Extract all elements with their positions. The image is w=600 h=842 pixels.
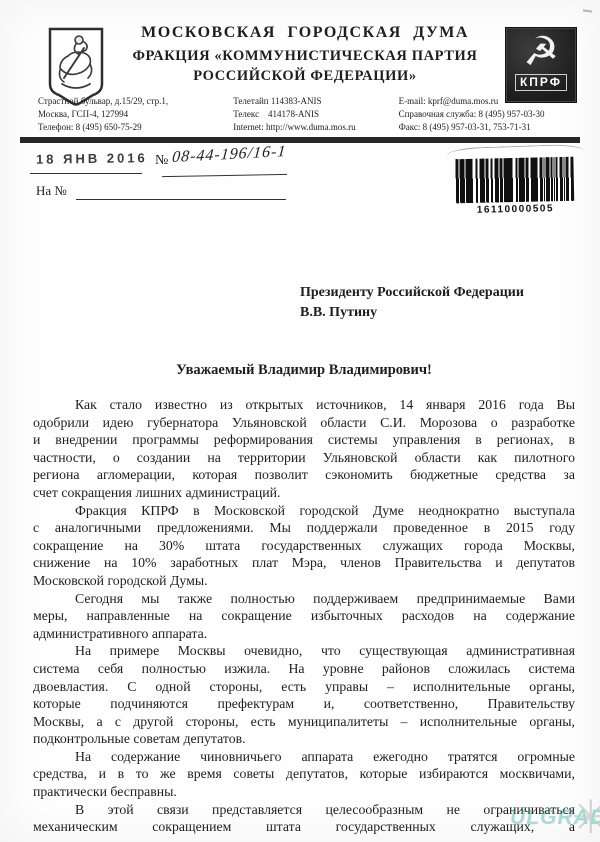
body-line: счет сокращения лишних администраций.	[33, 484, 575, 502]
contact-email-fax: E-mail: kprf@duma.mos.ru Справочная служ…	[399, 95, 583, 134]
handwritten-registration-number: 08-44-196/16-1	[171, 143, 287, 167]
body-line: Московской городской Думы.	[33, 572, 575, 590]
body-line: средства, и в то же время советы депутат…	[33, 765, 575, 783]
scanned-letter-page: МОСКОВСКАЯ ГОРОДСКАЯ ДУМА ФРАКЦИЯ «КОММУ…	[0, 0, 600, 842]
header-divider	[20, 137, 580, 143]
reply-to-label: На №	[36, 183, 67, 199]
body-line: двоевластия. С одной стороны, есть управ…	[33, 678, 575, 696]
body-line: Москвы, а с другой стороны, есть муницип…	[33, 713, 575, 731]
body-line: подконтрольные советам депутатов.	[33, 730, 575, 748]
body-line: Как стало известно из открытых источнико…	[33, 396, 575, 414]
contact-address: Страстной бульвар, д.15/29, стр.1, Москв…	[38, 95, 233, 134]
body-line: На содержание чиновничьего аппарата ежег…	[33, 748, 575, 766]
number-underline	[162, 174, 287, 177]
site-watermark: ✳ ULGRAD	[486, 792, 600, 840]
contact-telex: Телетайп 114383-ANIS Телекс 414178-ANIS …	[233, 95, 398, 134]
hammer-and-sickle-icon: ☭	[523, 28, 559, 76]
body-line: меры, направленные на сокращение избыточ…	[33, 607, 575, 625]
body-text: Как стало известно из открытых источнико…	[33, 396, 575, 836]
contact-info: Страстной бульвар, д.15/29, стр.1, Москв…	[38, 95, 583, 134]
body-line: сокращение на 30% штата государственных …	[33, 537, 575, 555]
body-line: частности, о создании на территории Улья…	[33, 449, 575, 467]
body-line: одобрили идею губернатора Ульяновской об…	[33, 414, 575, 432]
reply-to-underline	[76, 199, 286, 200]
body-line: На примере Москвы очевидно, что существу…	[33, 642, 575, 660]
salutation: Уважаемый Владимир Владимирович!	[33, 362, 575, 379]
addressee-block: Президенту Российской Федерации В.В. Пут…	[300, 283, 524, 323]
fraction-title-line1: ФРАКЦИЯ «КОММУНИСТИЧЕСКАЯ ПАРТИЯ	[115, 48, 495, 65]
body-line: Фракция КПРФ в Московской городской Думе…	[33, 502, 575, 520]
addressee-title: Президенту Российской Федерации	[300, 283, 524, 303]
barcode-bars	[455, 157, 574, 203]
registration-barcode: 16110000505	[455, 157, 574, 223]
barcode-digits: 16110000505	[456, 203, 574, 216]
body-line: с аналогичными предложениями. Мы поддерж…	[33, 519, 575, 537]
date-underline	[30, 173, 142, 174]
kprf-stamp-label: КПРФ	[515, 74, 567, 91]
body-line: которые подчиняются префектурам и, соотв…	[33, 695, 575, 713]
body-line: Сегодня мы также полностью поддерживаем …	[33, 590, 575, 608]
addressee-name: В.В. Путину	[300, 303, 524, 323]
letterhead-titles: МОСКОВСКАЯ ГОРОДСКАЯ ДУМА ФРАКЦИЯ «КОММУ…	[115, 24, 495, 85]
moscow-coat-of-arms-icon	[46, 26, 106, 106]
watermark-text: ULGRAD	[510, 806, 600, 830]
body-line: региона агломерации, которая позволит сэ…	[33, 466, 575, 484]
org-title: МОСКОВСКАЯ ГОРОДСКАЯ ДУМА	[115, 24, 495, 42]
body-line: система себя полностью изжила. На уровне…	[33, 660, 575, 678]
body-line: снижение на 10% заработных плат Мэра, чл…	[33, 554, 575, 572]
fraction-title-line2: РОССИЙСКОЙ ФЕДЕРАЦИИ»	[115, 68, 495, 85]
body-line: и внедрении программы реформирования сис…	[33, 431, 575, 449]
body-line: административного аппарата.	[33, 625, 575, 643]
kprf-stamp-icon: ☭ КПРФ	[505, 27, 577, 103]
number-prefix: №	[155, 153, 168, 169]
incoming-date-stamp: 18 ЯНВ 2016	[36, 150, 148, 167]
scan-corner-mark	[583, 9, 592, 12]
